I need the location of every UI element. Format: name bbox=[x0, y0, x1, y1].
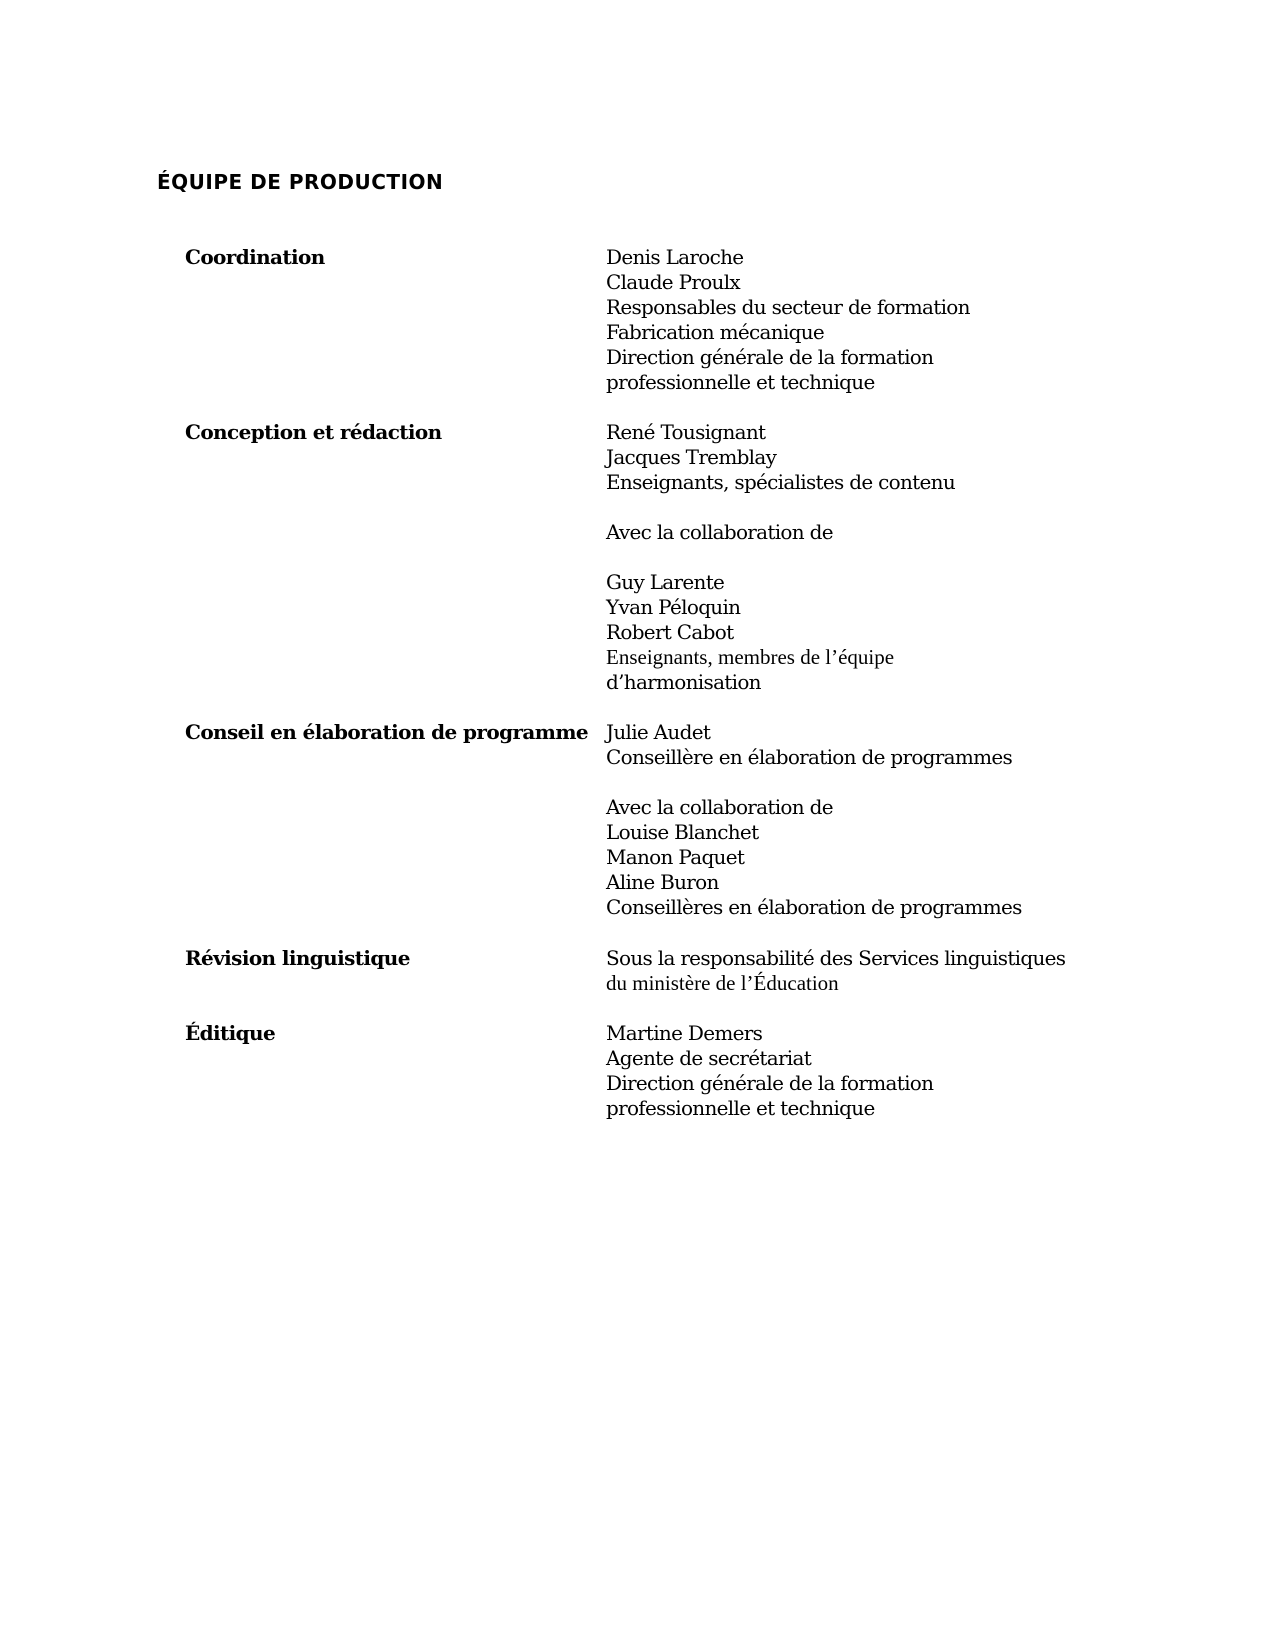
section-label: Révision linguistique bbox=[185, 946, 410, 971]
credit-line: Direction générale de la formation bbox=[606, 1071, 933, 1096]
section-label: Coordination bbox=[185, 245, 325, 270]
collaboration-heading: Avec la collaboration de bbox=[606, 520, 955, 545]
credit-line: Enseignants, membres de l’équipe bbox=[606, 645, 955, 670]
credit-line: Sous la responsabilité des Services ling… bbox=[606, 946, 1065, 971]
credit-line: Conseillère en élaboration de programmes bbox=[606, 745, 1022, 770]
credit-line: Julie Audet bbox=[606, 720, 1022, 745]
credit-line: professionnelle et technique bbox=[606, 370, 970, 395]
credit-line: du ministère de l’Éducation bbox=[606, 971, 1065, 996]
credit-line: Louise Blanchet bbox=[606, 820, 1022, 845]
credit-line: Denis Laroche bbox=[606, 245, 970, 270]
credit-line: Yvan Péloquin bbox=[606, 595, 955, 620]
section-content: Sous la responsabilité des Services ling… bbox=[606, 946, 1065, 996]
credit-line: professionnelle et technique bbox=[606, 1096, 933, 1121]
section-label: Conception et rédaction bbox=[185, 420, 442, 445]
credit-line: Agente de secrétariat bbox=[606, 1046, 933, 1071]
credit-line: Martine Demers bbox=[606, 1021, 933, 1046]
section-label: Éditique bbox=[185, 1021, 275, 1046]
section-content: Julie Audet Conseillère en élaboration d… bbox=[606, 720, 1022, 920]
credit-line: Fabrication mécanique bbox=[606, 320, 970, 345]
credit-line: Guy Larente bbox=[606, 570, 955, 595]
credit-line: Enseignants, spécialistes de contenu bbox=[606, 470, 955, 495]
credit-line: Manon Paquet bbox=[606, 845, 1022, 870]
blank-line bbox=[606, 495, 955, 520]
credit-line: René Tousignant bbox=[606, 420, 955, 445]
blank-line bbox=[606, 770, 1022, 795]
credit-line: Jacques Tremblay bbox=[606, 445, 955, 470]
section-label: Conseil en élaboration de programme bbox=[185, 720, 588, 745]
section-content: René Tousignant Jacques Tremblay Enseign… bbox=[606, 420, 955, 695]
credit-line: Aline Buron bbox=[606, 870, 1022, 895]
page-title: ÉQUIPE DE PRODUCTION bbox=[157, 168, 443, 196]
blank-line bbox=[606, 545, 955, 570]
credit-line: d’harmonisation bbox=[606, 670, 955, 695]
credit-line: Claude Proulx bbox=[606, 270, 970, 295]
credit-line: Conseillères en élaboration de programme… bbox=[606, 895, 1022, 920]
credit-line: Robert Cabot bbox=[606, 620, 955, 645]
collaboration-heading: Avec la collaboration de bbox=[606, 795, 1022, 820]
credit-line: Direction générale de la formation bbox=[606, 345, 970, 370]
section-content: Denis Laroche Claude Proulx Responsables… bbox=[606, 245, 970, 395]
credit-line: Responsables du secteur de formation bbox=[606, 295, 970, 320]
section-content: Martine Demers Agente de secrétariat Dir… bbox=[606, 1021, 933, 1121]
